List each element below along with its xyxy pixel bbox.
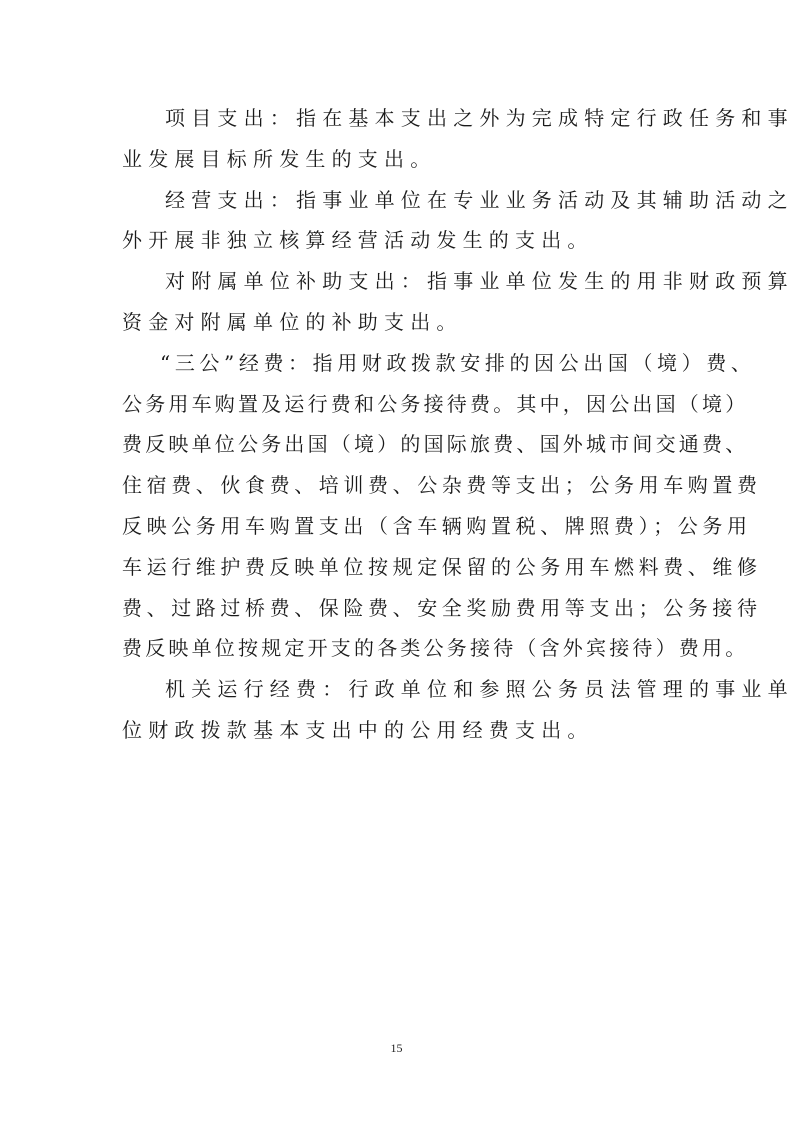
paragraph-subsidiary-subsidy: 对附属单位补助支出：指事业单位发生的用非财政预算 资金对附属单位的补助支出。 (122, 266, 702, 348)
text-line: 位财政拨款基本支出中的公用经费支出。 (122, 715, 702, 756)
text-line: 资金对附属单位的补助支出。 (122, 307, 702, 348)
paragraph-operating-expenditure: 经营支出：指事业单位在专业业务活动及其辅助活动之 外开展非独立核算经营活动发生的… (122, 185, 702, 267)
body-text: 项目支出：指在基本支出之外为完成特定行政任务和事 业发展目标所发生的支出。 经营… (122, 103, 702, 756)
text-line: 公务用车购置及运行费和公务接待费。其中，因公出国（境） (122, 389, 702, 430)
text-line: 经营支出：指事业单位在专业业务活动及其辅助活动之 (122, 185, 702, 226)
text-line: 外开展非独立核算经营活动发生的支出。 (122, 225, 702, 266)
text-line: 反映公务用车购置支出（含车辆购置税、牌照费）；公务用 (122, 511, 702, 552)
paragraph-project-expenditure: 项目支出：指在基本支出之外为完成特定行政任务和事 业发展目标所发生的支出。 (122, 103, 702, 185)
text-line: 住宿费、伙食费、培训费、公杂费等支出；公务用车购置费 (122, 470, 702, 511)
paragraph-agency-operating-costs: 机关运行经费：行政单位和参照公务员法管理的事业单 位财政拨款基本支出中的公用经费… (122, 674, 702, 756)
text-line: 车运行维护费反映单位按规定保留的公务用车燃料费、维修 (122, 552, 702, 593)
page-number: 15 (0, 1041, 793, 1056)
text-line: 费、过路过桥费、保险费、安全奖励费用等支出；公务接待 (122, 593, 702, 634)
text-line: 机关运行经费：行政单位和参照公务员法管理的事业单 (122, 674, 702, 715)
text-line: 费反映单位公务出国（境）的国际旅费、国外城市间交通费、 (122, 429, 702, 470)
text-line: 业发展目标所发生的支出。 (122, 144, 702, 185)
text-line: 项目支出：指在基本支出之外为完成特定行政任务和事 (122, 103, 702, 144)
text-line: 对附属单位补助支出：指事业单位发生的用非财政预算 (122, 266, 702, 307)
document-page: 项目支出：指在基本支出之外为完成特定行政任务和事 业发展目标所发生的支出。 经营… (0, 0, 793, 1122)
paragraph-three-public-expenses: “三公”经费：指用财政拨款安排的因公出国（境）费、 公务用车购置及运行费和公务接… (122, 348, 702, 674)
text-line: 费反映单位按规定开支的各类公务接待（含外宾接待）费用。 (122, 633, 702, 674)
text-line: “三公”经费：指用财政拨款安排的因公出国（境）费、 (122, 348, 702, 389)
